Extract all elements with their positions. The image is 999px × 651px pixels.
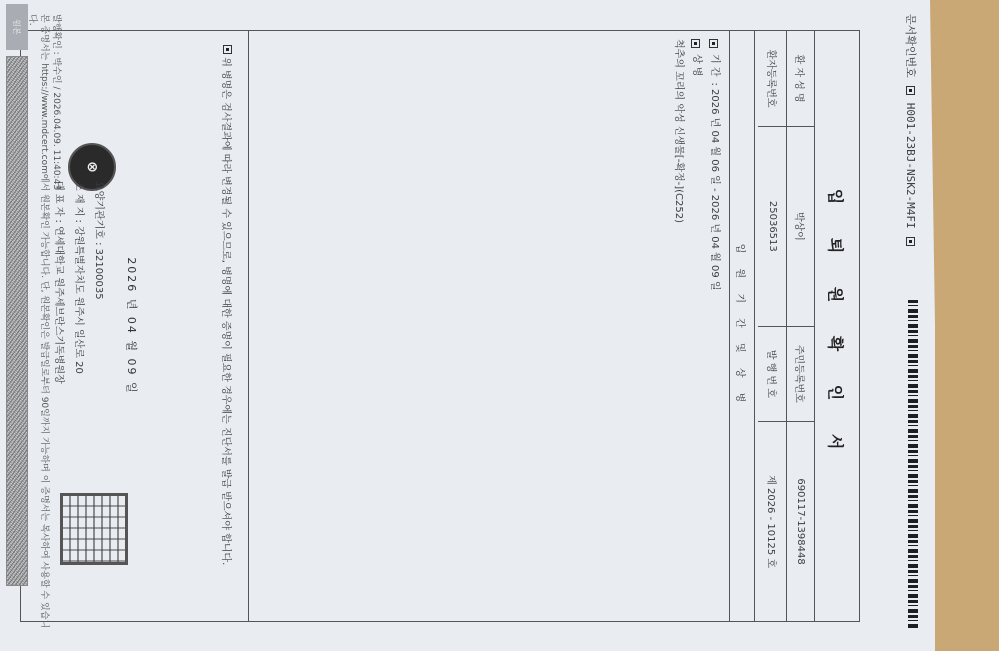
footer-issue-confirm: 발행확인 : 박수인 / 2026.04.09. 11:40:43	[50, 14, 62, 634]
anti-copy-pattern	[6, 56, 28, 586]
reg-no-label: 환자등록번호	[759, 31, 787, 127]
resident-id-label: 주민등록번호	[787, 326, 815, 422]
institution-code: 요양기관기호 : 32100035	[88, 181, 108, 384]
page-title: 입 퇴 원 확 인 서	[815, 31, 859, 621]
footer: 발행확인 : 박수인 / 2026.04.09. 11:40:43 본 증명서는…	[26, 14, 62, 634]
official-seal-icon	[60, 493, 128, 565]
notice-text: 위 병명은 검사결과에 따라 변경될 수 있으므로, 병명에 대한 증명이 필요…	[220, 57, 231, 565]
period-value: : 2026 년 04 월 06 일 - 2026 년 04 월 09 일	[705, 83, 723, 291]
patient-name-label: 환 자 성 명	[787, 31, 815, 127]
certificate-frame: 입 퇴 원 확 인 서 환 자 성 명 박상이 주민등록번호 690117-13…	[20, 30, 860, 622]
table-row: 환자등록번호 25036513 발 행 번 호 제 2026 - 10125 호	[759, 31, 787, 621]
watermark: 원본	[6, 4, 28, 50]
patient-info-table: 환 자 성 명 박상이 주민등록번호 690117-1398448 환자등록번호…	[759, 31, 816, 621]
square-bullet-icon	[710, 39, 719, 48]
issue-no-label: 발 행 번 호	[759, 326, 787, 422]
patient-name: 박상이	[787, 127, 815, 326]
square-bullet-icon	[907, 86, 916, 95]
square-bullet-icon	[907, 237, 916, 246]
diagnosis-row: 상 병	[687, 39, 705, 291]
period-and-diagnosis: 기 간 : 2026 년 04 월 06 일 - 2026 년 04 월 09 …	[669, 39, 723, 291]
square-bullet-icon	[223, 45, 232, 54]
diagnosis-label: 상 병	[687, 54, 705, 77]
table-row: 환 자 성 명 박상이 주민등록번호 690117-1398448	[787, 31, 815, 621]
address: 소 재 지 : 강원특별자치도 원주시 일산로 20	[68, 181, 88, 384]
resident-id: 690117-1398448	[787, 422, 815, 621]
admission-discharge-certificate: 문서확인번호 H001-23BJ-NSK2-M4FI 입 퇴 원 확 인 서 환…	[0, 0, 930, 651]
diagnosis-value-row: 척추의 꼬리의 악성 신생물[-확정-](C252)	[669, 39, 687, 291]
issue-no: 제 2026 - 10125 호	[759, 422, 787, 621]
square-bullet-icon	[692, 39, 701, 48]
period-label: 기 간	[705, 54, 723, 77]
barcode	[908, 300, 918, 630]
footer-verification-note: 본 증명서는 https://www.mdcert.com에서 원본확인 가능합…	[26, 14, 50, 634]
confirm-number: H001-23BJ-NSK2-M4FI	[905, 103, 918, 229]
notice: 위 병명은 검사결과에 따라 변경될 수 있으므로, 병명에 대한 증명이 필요…	[216, 45, 234, 605]
confirm-number-label: 문서확인번호	[903, 14, 919, 78]
reg-no: 25036513	[759, 127, 787, 326]
diagnosis-value: 척추의 꼬리의 악성 신생물[-확정-](C252)	[669, 39, 687, 223]
section-title: 입 원 기 간 및 상 병	[729, 31, 755, 621]
period-row: 기 간 : 2026 년 04 월 06 일 - 2026 년 04 월 09 …	[705, 39, 723, 291]
